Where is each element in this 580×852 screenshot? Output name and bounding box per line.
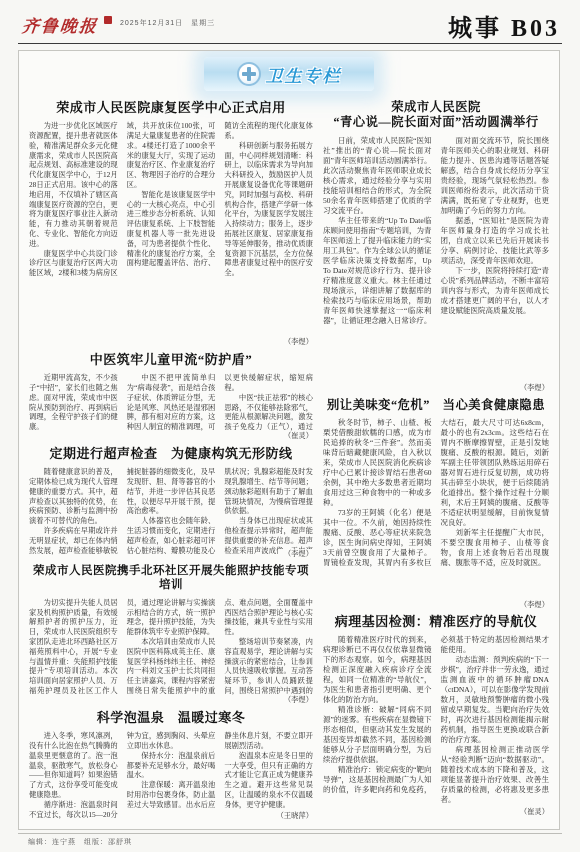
article-kangfu: 荣成市人民医院康复医学中心正式启用为进一步优化区域医疗资源配置，提升患者就医体验…: [29, 97, 313, 349]
byline: （崔灵）: [278, 431, 313, 441]
article-body: 秋冬时节，柿子、山楂、板栗凭借酸甜软糯的口感，成为市民追捧的秋冬“三件套”。然而…: [323, 418, 549, 609]
articles-area: 荣成市人民医院康复医学中心正式启用为进一步优化区域医疗资源配置，提升患者就医体验…: [29, 97, 549, 825]
newspaper-page: { "header": { "masthead": "齐鲁晚报", "date_…: [0, 0, 580, 852]
left-section: 荣成市人民医院康复医学中心正式启用为进一步优化区域医疗资源配置，提升患者就医体验…: [29, 97, 313, 825]
editor-line: 编辑：连宁燕 组版：邵舒琪: [18, 833, 562, 847]
paragraph: 动态监测：预判疾病的“下一步棋”，治疗并非一劳永逸，通过监测血液中的循环肿瘤DN…: [441, 655, 550, 745]
paragraph: 泡温泉本应是冬日里的一大享受，但只有正确的方式才能让它真正成为健康养生之道。避开…: [224, 751, 313, 810]
health-column-banner: 卫生专栏: [204, 57, 374, 91]
paragraph: 面对面交流环节，院长围绕青年医师关心的职业规划、科研能力提升、医患沟通等话题答疑…: [441, 136, 550, 216]
article-headline-line2: “青心说—院长面对面”活动圆满举行: [323, 115, 549, 130]
paragraph: 华主任带来的“Up To Date临床顾问使用指南”专题培训，为青年医师送上了提…: [323, 216, 432, 326]
masthead-logo: 齐鲁晚报: [21, 12, 100, 37]
masthead-row: 齐鲁晚报 2025年12月31日 星期三 城事 B03: [18, 8, 562, 40]
paragraph: 进入冬季，寒风凛冽，没有什么比泡在热气腾腾的温泉里更惬意的了。泡一泡温泉，驱散寒…: [29, 731, 118, 800]
article-body: 日前，荣成市人民医院“医知社”推出的“青心说—院长面对面”青年医师培训活动圆满举…: [323, 136, 549, 393]
byline: （李煜）: [278, 549, 313, 559]
article-bingli: 病理基因检测：精准医疗的导航仪随着精准医疗时代的到来，病理诊断已不再仅仅依靠显微…: [323, 611, 549, 819]
article-headline: 荣成市人民医院携手北环社区开展失能照护技能专项培训: [29, 564, 313, 593]
paragraph: 为进一步优化区域医疗资源配置，提升患者就医体验，精准满足群众多元化健康需求，荣成…: [29, 121, 118, 248]
paragraph: 近期甲流高发，不少孩子“中招”，家长们也随之焦虑。面对甲流，荣成市中医院从预防到…: [29, 373, 118, 432]
content-frame: 卫生专栏 荣成市人民医院康复医学中心正式启用为进一步优化区域医疗资源配置，提升患…: [18, 50, 560, 830]
page-number: B03: [511, 16, 560, 42]
article-body: 进入冬季，寒风凛冽，没有什么比泡在热气腾腾的温泉里更惬意的了。泡一泡温泉，驱散寒…: [29, 731, 313, 821]
article-body: 随着精准医疗时代的到来，病理诊断已不再仅仅依靠显微镜下的形态观察。如今，病理基因…: [323, 635, 549, 817]
article-headline: 科学泡温泉 温暖过寒冬: [29, 710, 313, 726]
header-rule: [18, 43, 562, 44]
paragraph: 随着健康意识的普及，定期体检已成为现代人管理健康的重要方式。其中，超声检查以其独…: [29, 467, 118, 526]
paragraph: 秋冬时节，柿子、山楂、板栗凭借酸甜软糯的口感，成为市民追捧的秋冬“三件套”。然而…: [323, 418, 432, 508]
byline: （李煜）: [278, 695, 313, 705]
article-peixun: 荣成市人民医院携手北环社区开展失能照护技能专项培训为切实提升失能人员居家及机构照…: [29, 561, 313, 707]
paragraph: 科研创新与服务拓展方面，中心同样规划清晰：科研上，以临床需求为导向加大科研投入，…: [224, 141, 313, 278]
article-zhongyi: 中医筑牢儿童甲流“防护盾”近期甲流高发，不少孩子“中招”，家长们也随之焦虑。面对…: [29, 349, 313, 443]
paragraph: 随着精准医疗时代的到来，病理诊断已不再仅仅依靠显微镜下的形态观察。如今，病理基因…: [323, 635, 432, 705]
paragraph: 保持水分：泡温泉前后都要补充足够水分，最好喝温水。: [127, 751, 216, 780]
byline: （李煜）: [514, 383, 549, 393]
medical-cross-icon: [237, 62, 261, 86]
byline: （崔灵）: [514, 807, 549, 817]
banner-title: 卫生专栏: [266, 62, 342, 87]
paragraph: 下一步，医院将持续打造“青心说”系列品牌活动，不断丰富培训内容与形式，为青年医师…: [441, 266, 550, 316]
byline: （李煜）: [278, 337, 313, 347]
masthead-seal-icon: [104, 16, 112, 24]
article-body: 为切实提升失能人员居家及机构照护质量，有效缓解照护者的照护压力，近日，荣成市人民…: [29, 598, 313, 705]
article-wenquan: 科学泡温泉 温暖过寒冬进入冬季，寒风凛冽，没有什么比泡在热气腾腾的温泉里更惬意的…: [29, 707, 313, 823]
paragraph: 刘新军主任提醒广大市民，不要空腹食用柿子、山楂等食物，食用上述食物后若出现腹痛、…: [441, 528, 550, 568]
section-title: 城事 B03: [448, 8, 560, 43]
section-name: 城事: [448, 16, 502, 42]
right-section: 荣成市人民医院“青心说—院长面对面”活动圆满举行日前，荣成市人民医院“医知社”推…: [323, 97, 549, 825]
article-headline: 病理基因检测：精准医疗的导航仪: [323, 614, 549, 630]
paragraph: 据悉，“医知社”是医院为青年医师量身打造的学习成长社团，自成立以来已先后开展读书…: [441, 216, 550, 266]
article-body: 随着健康意识的普及，定期体检已成为现代人管理健康的重要方式。其中，超声检查以其独…: [29, 467, 313, 559]
byline: （李煜）: [514, 600, 549, 610]
paragraph: 精准诊断：破解“同病不同源”的迷雾。有些疾病在显微镜下形态相似，但驱动其发生发展…: [323, 705, 432, 765]
byline: （王晓萍）: [271, 811, 313, 821]
article-headline: 别让美味变“危机” 当心美食健康隐患: [323, 398, 549, 413]
article-headline: 荣成市人民医院康复医学中心正式启用: [29, 100, 313, 116]
paragraph: 日前，荣成市人民医院“医知社”推出的“青心说—院长面对面”青年医师培训活动圆满举…: [323, 136, 432, 216]
article-meiwei: 别让美味变“危机” 当心美食健康隐患秋冬时节，柿子、山楂、板栗凭借酸甜软糯的口感…: [323, 395, 549, 611]
article-headline: 中医筑牢儿童甲流“防护盾”: [29, 352, 313, 368]
date-line: 2025年12月31日 星期三: [120, 18, 215, 28]
article-headline: 定期进行超声检查 为健康构筑无形防线: [29, 446, 313, 462]
article-headline: 荣成市人民医院“青心说—院长面对面”活动圆满举行: [323, 100, 549, 131]
article-body: 为进一步优化区域医疗资源配置，提升患者就医体验，精准满足群众多元化健康需求，荣成…: [29, 121, 313, 347]
article-chaosheng: 定期进行超声检查 为健康构筑无形防线随着健康意识的普及，定期体检已成为现代人管理…: [29, 443, 313, 561]
article-body: 近期甲流高发，不少孩子“中招”，家长们也随之焦虑。面对甲流，荣成市中医院从预防到…: [29, 373, 313, 441]
column-gutter: [313, 97, 323, 825]
paragraph: 病理基因检测正推动医学从“经验判断”迈向“数据驱动”。随着技术成本的下降和普及，…: [441, 745, 550, 805]
article-qingxin: 荣成市人民医院“青心说—院长面对面”活动圆满举行日前，荣成市人民医院“医知社”推…: [323, 97, 549, 395]
